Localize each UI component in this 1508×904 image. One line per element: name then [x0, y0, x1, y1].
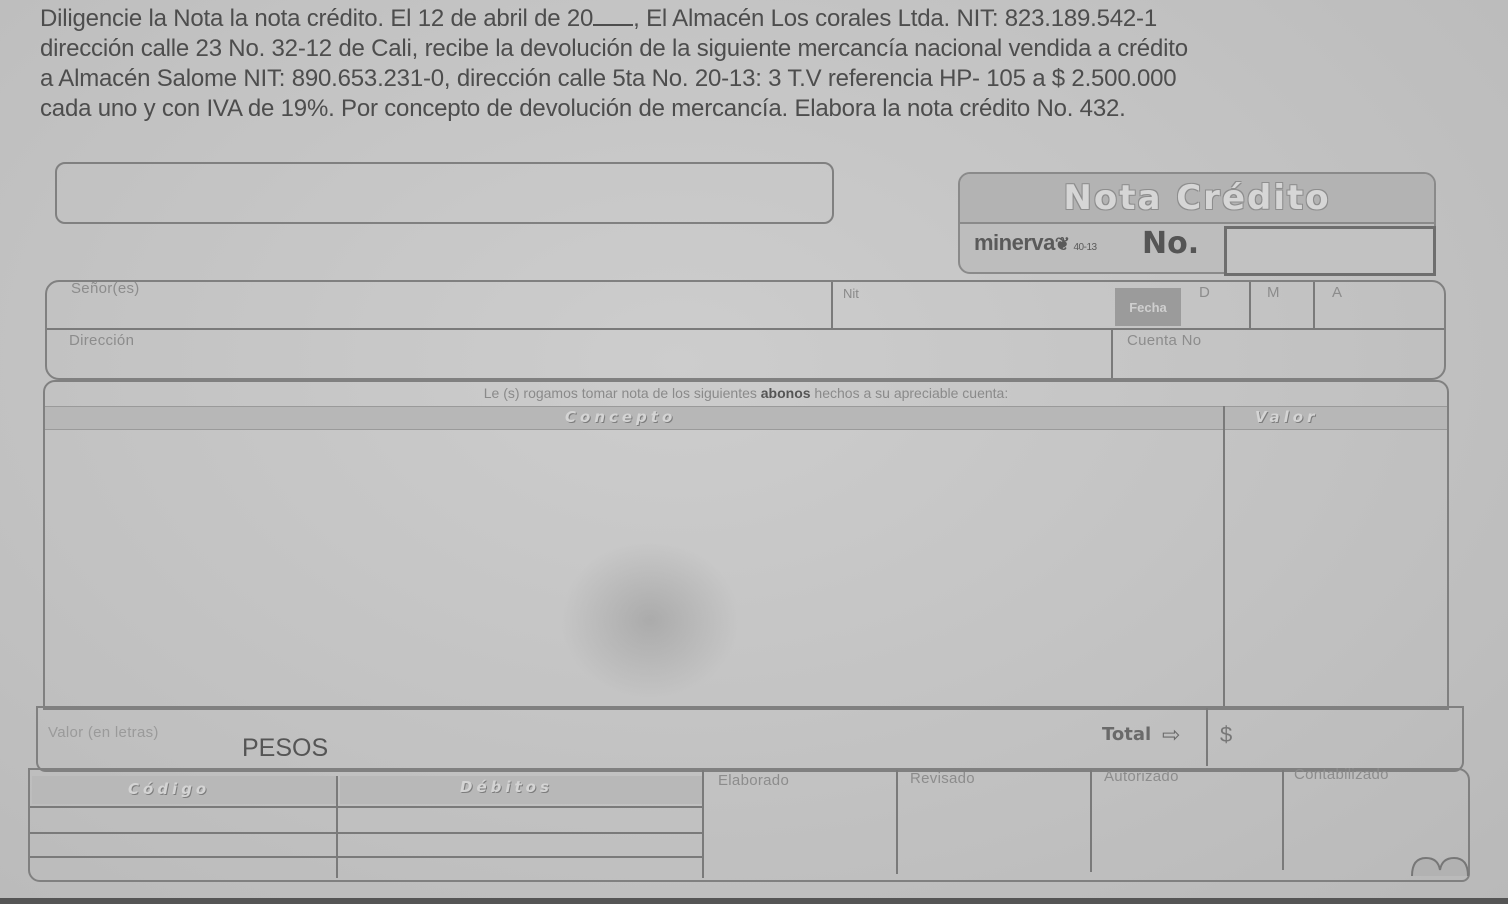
- elaborado-label: Elaborado: [718, 772, 789, 789]
- instruction-line-4: cada uno y con IVA de 19%. Por concepto …: [40, 94, 1440, 124]
- year-label: A: [1332, 284, 1342, 301]
- amount-section: Valor (en letras) PESOS Total ⇨ $: [36, 706, 1464, 772]
- senores-label: Señor(es): [71, 280, 140, 297]
- concept-table-header: Concepto Valor: [45, 406, 1447, 430]
- number-label: No.: [1142, 226, 1199, 261]
- column-divider: [1223, 406, 1225, 706]
- day-label: D: [1199, 284, 1210, 301]
- instruction-paragraph: Diligencie la Nota la nota crédito. El 1…: [40, 4, 1440, 124]
- debitos-cell[interactable]: [340, 858, 700, 876]
- notice-bold: abonos: [761, 385, 811, 401]
- month-field[interactable]: [1253, 300, 1311, 326]
- total-field[interactable]: [1242, 716, 1452, 760]
- document-title-box: Nota Crédito minerva❦40-13 No.: [958, 172, 1436, 274]
- divider: [1090, 770, 1092, 872]
- divider: [1313, 282, 1315, 328]
- instruction-text: , El Almacén Los corales Ltda. NIT: 823.…: [633, 5, 1157, 32]
- year-blank: [593, 4, 633, 26]
- autorizado-field[interactable]: [1094, 792, 1278, 870]
- direccion-field[interactable]: [47, 346, 1107, 376]
- company-header-field[interactable]: [55, 162, 834, 224]
- codigo-header-band: Código: [32, 776, 336, 804]
- notice-text: Le (s) rogamos tomar nota de los siguien…: [45, 385, 1447, 401]
- nit-field[interactable]: [837, 298, 1107, 326]
- arrow-right-icon: ⇨: [1162, 722, 1180, 748]
- codigo-header: Código: [128, 780, 210, 798]
- brand-logo: minerva❦40-13: [974, 230, 1097, 256]
- year-field[interactable]: [1317, 300, 1437, 326]
- brand-code: 40-13: [1073, 242, 1096, 253]
- elaborado-field[interactable]: [706, 792, 892, 874]
- valor-field[interactable]: [1229, 432, 1439, 704]
- accounting-section: Código Débitos Elaborado Revisado Autori…: [28, 768, 1470, 882]
- divider: [1111, 328, 1113, 378]
- debitos-cell[interactable]: [340, 834, 700, 854]
- revisado-label: Revisado: [910, 770, 975, 787]
- instruction-text: Diligencie la Nota la nota crédito. El 1…: [40, 5, 593, 32]
- number-field[interactable]: [1224, 226, 1436, 276]
- notice-part: hechos a su apreciable cuenta:: [811, 385, 1009, 401]
- instruction-line-1: Diligencie la Nota la nota crédito. El 1…: [40, 4, 1440, 34]
- letras-label: Valor (en letras): [48, 724, 159, 741]
- divider: [1249, 282, 1251, 328]
- brand-name: minerva: [974, 230, 1055, 255]
- paper-smudge: [560, 540, 740, 700]
- debitos-header-band: Débitos: [340, 776, 702, 804]
- codigo-cell[interactable]: [34, 858, 334, 876]
- concept-section: Le (s) rogamos tomar nota de los siguien…: [43, 380, 1449, 710]
- pesos-text: PESOS: [242, 734, 328, 763]
- decorative-scallop-icon: [1410, 852, 1470, 878]
- owl-icon: ❦: [1055, 234, 1070, 254]
- divider: [896, 770, 898, 874]
- revisado-field[interactable]: [900, 792, 1086, 872]
- cuenta-field[interactable]: [1115, 346, 1435, 376]
- contabilizado-label: Contabilizado: [1294, 766, 1389, 783]
- instruction-line-2: dirección calle 23 No. 32-12 de Cali, re…: [40, 34, 1440, 64]
- month-label: M: [1267, 284, 1280, 301]
- divider: [1206, 708, 1208, 766]
- divider: [47, 328, 1444, 330]
- client-section: Señor(es) Nit Fecha D M A Dirección Cuen…: [45, 280, 1446, 380]
- autorizado-label: Autorizado: [1104, 768, 1179, 785]
- senores-field[interactable]: [47, 296, 827, 326]
- codigo-cell[interactable]: [34, 834, 334, 854]
- instruction-line-3: a Almacén Salome NIT: 890.653.231-0, dir…: [40, 64, 1440, 94]
- letras-field[interactable]: [378, 718, 1078, 762]
- concepto-header: Concepto: [565, 408, 676, 426]
- photo-bottom-edge: [0, 898, 1508, 904]
- divider: [1282, 770, 1284, 870]
- debitos-cell[interactable]: [340, 808, 700, 830]
- title-band: Nota Crédito: [960, 174, 1434, 224]
- document-title: Nota Crédito: [1063, 178, 1330, 218]
- debitos-header: Débitos: [460, 778, 553, 796]
- divider: [702, 770, 704, 878]
- currency-symbol: $: [1220, 722, 1232, 748]
- divider: [831, 282, 833, 328]
- divider: [336, 776, 338, 878]
- fecha-label: Fecha: [1115, 288, 1181, 326]
- total-label: Total: [1102, 724, 1151, 745]
- codigo-cell[interactable]: [34, 808, 334, 830]
- valor-header: Valor: [1255, 408, 1318, 426]
- notice-part: Le (s) rogamos tomar nota de los siguien…: [484, 385, 761, 401]
- day-field[interactable]: [1183, 300, 1247, 326]
